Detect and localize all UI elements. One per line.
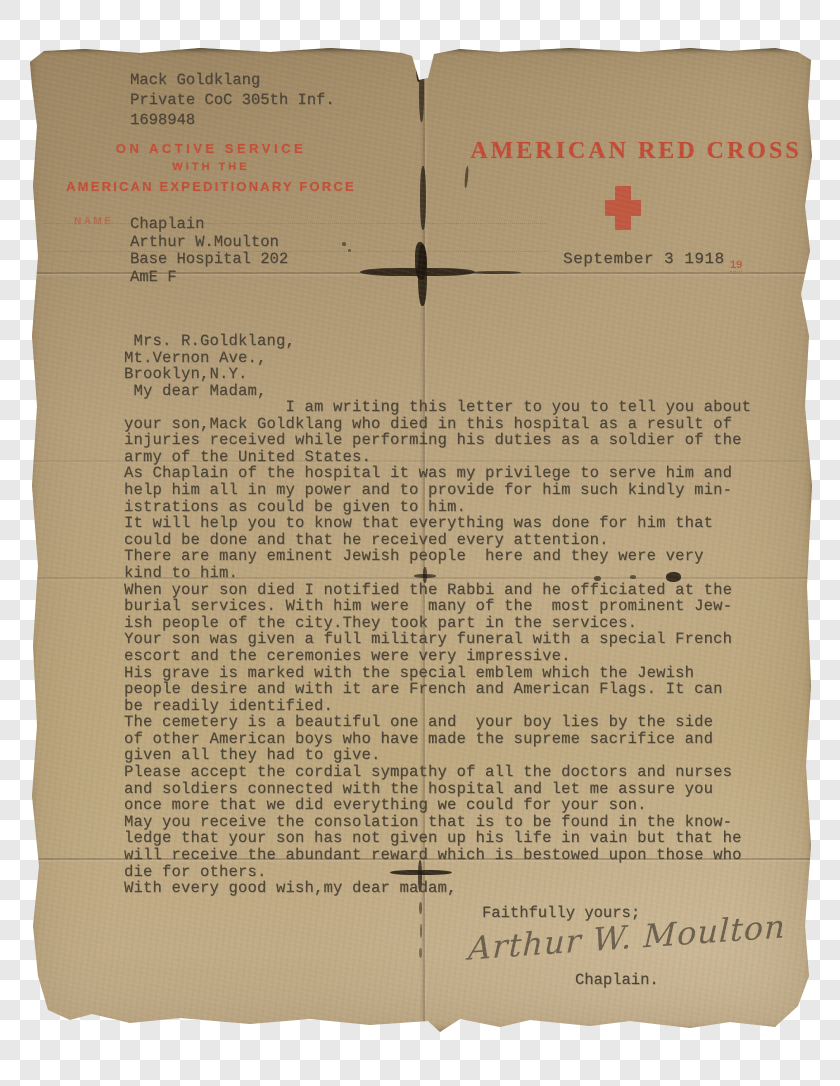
service-stamp-line: WITH THE [65,161,357,173]
salutation-block: Mrs. R.Goldklang,Mt.Vernon Ave.,Brooklyn… [124,333,295,399]
body-line: It will help you to know that everything… [124,515,751,532]
service-stamp-line: AMERICAN EXPEDITIONARY FORCE [65,179,357,194]
year-stub: 19 [730,259,742,272]
body-line: kind to him. [124,565,751,582]
body-line: When your son died I notified the Rabbi … [124,582,751,599]
body-line: burial services. With him were many of t… [124,598,751,615]
letter-body: I am writing this letter to you to tell … [124,399,751,897]
body-line: There are many eminent Jewish people her… [124,548,751,565]
chaplain-address-line: Arthur W.Moulton [130,234,288,252]
ink-stain [464,166,469,188]
ink-stain [473,271,521,274]
transparency-background: Mack GoldklangPrivate CoC 305th Inf.1698… [0,0,840,1086]
chaplain-address-line: Base Hospital 202 [130,251,288,269]
body-line: army of the United States. [124,449,751,466]
body-line: escort and the ceremonies were very impr… [124,648,751,665]
body-line: I am writing this letter to you to tell … [124,399,751,416]
body-line: ledge that your son has not given up his… [124,830,751,847]
body-line: Your son was given a full military funer… [124,631,751,648]
body-line: With every good wish,my dear madam, [124,880,751,897]
body-line: The cemetery is a beautiful one and your… [124,714,751,731]
name-field-label: NAME [74,216,113,227]
red-cross-icon [605,186,641,230]
body-line: once more that we did everything we coul… [124,797,751,814]
ink-stain [420,924,422,938]
body-line: could be done and that he received every… [124,532,751,549]
ink-stain [348,249,351,252]
salutation-line: Mt.Vernon Ave., [124,350,295,367]
chaplain-address-line: AmE F [130,269,288,287]
body-line: help him all in my power and to provide … [124,482,751,499]
ink-stain [419,62,424,122]
ink-stain [419,948,422,958]
ink-stain [426,48,429,78]
form-rule [42,251,547,252]
body-line: your son,Mack Goldklang who died in this… [124,416,751,433]
red-cross-icon-bar [605,200,641,216]
body-line: and soldiers connected with the hospital… [124,781,751,798]
salutation-line: My dear Madam, [124,383,295,400]
body-line: ish people of the city.They took part in… [124,615,751,632]
body-line: Please accept the cordial sympathy of al… [124,764,751,781]
salutation-line: Brooklyn,N.Y. [124,366,295,383]
body-line: His grave is marked with the special emb… [124,665,751,682]
date-line: September 3 1918 [563,250,725,268]
body-line: injuries received while performing his d… [124,432,751,449]
ink-stain [419,902,422,914]
signature-title: Chaplain. [575,971,659,989]
chaplain-address-line: Chaplain [130,216,288,234]
body-line: istrations as could be given to him. [124,499,751,516]
ink-stain [418,244,427,306]
soldier-address-block: Mack GoldklangPrivate CoC 305th Inf.1698… [130,70,335,130]
body-line: be readily identified. [124,698,751,715]
body-line: will receive the abundant reward which i… [124,847,751,864]
body-line: given all they had to give. [124,747,751,764]
body-line: As Chaplain of the hospital it was my pr… [124,465,751,482]
red-cross-masthead-title: AMERICAN RED CROSS [450,138,822,165]
soldier-address-line: Private CoC 305th Inf. [130,90,335,110]
service-stamp: ON ACTIVE SERVICE WITH THE AMERICAN EXPE… [65,141,357,194]
salutation-line: Mrs. R.Goldklang, [124,333,295,350]
service-stamp-line: ON ACTIVE SERVICE [65,141,357,156]
form-rule [42,223,547,224]
body-line: people desire and with it are French and… [124,681,751,698]
ink-stain [420,166,426,230]
body-line: of other American boys who have made the… [124,731,751,748]
soldier-address-line: 1698948 [130,110,335,130]
letter-document: Mack GoldklangPrivate CoC 305th Inf.1698… [30,46,812,1032]
chaplain-address-block: ChaplainArthur W.MoultonBase Hospital 20… [130,216,288,286]
body-line: May you receive the consolation that is … [124,814,751,831]
body-line: die for others. [124,864,751,881]
ink-stain [416,46,421,82]
soldier-address-line: Mack Goldklang [130,70,335,90]
ink-stain [342,242,346,246]
